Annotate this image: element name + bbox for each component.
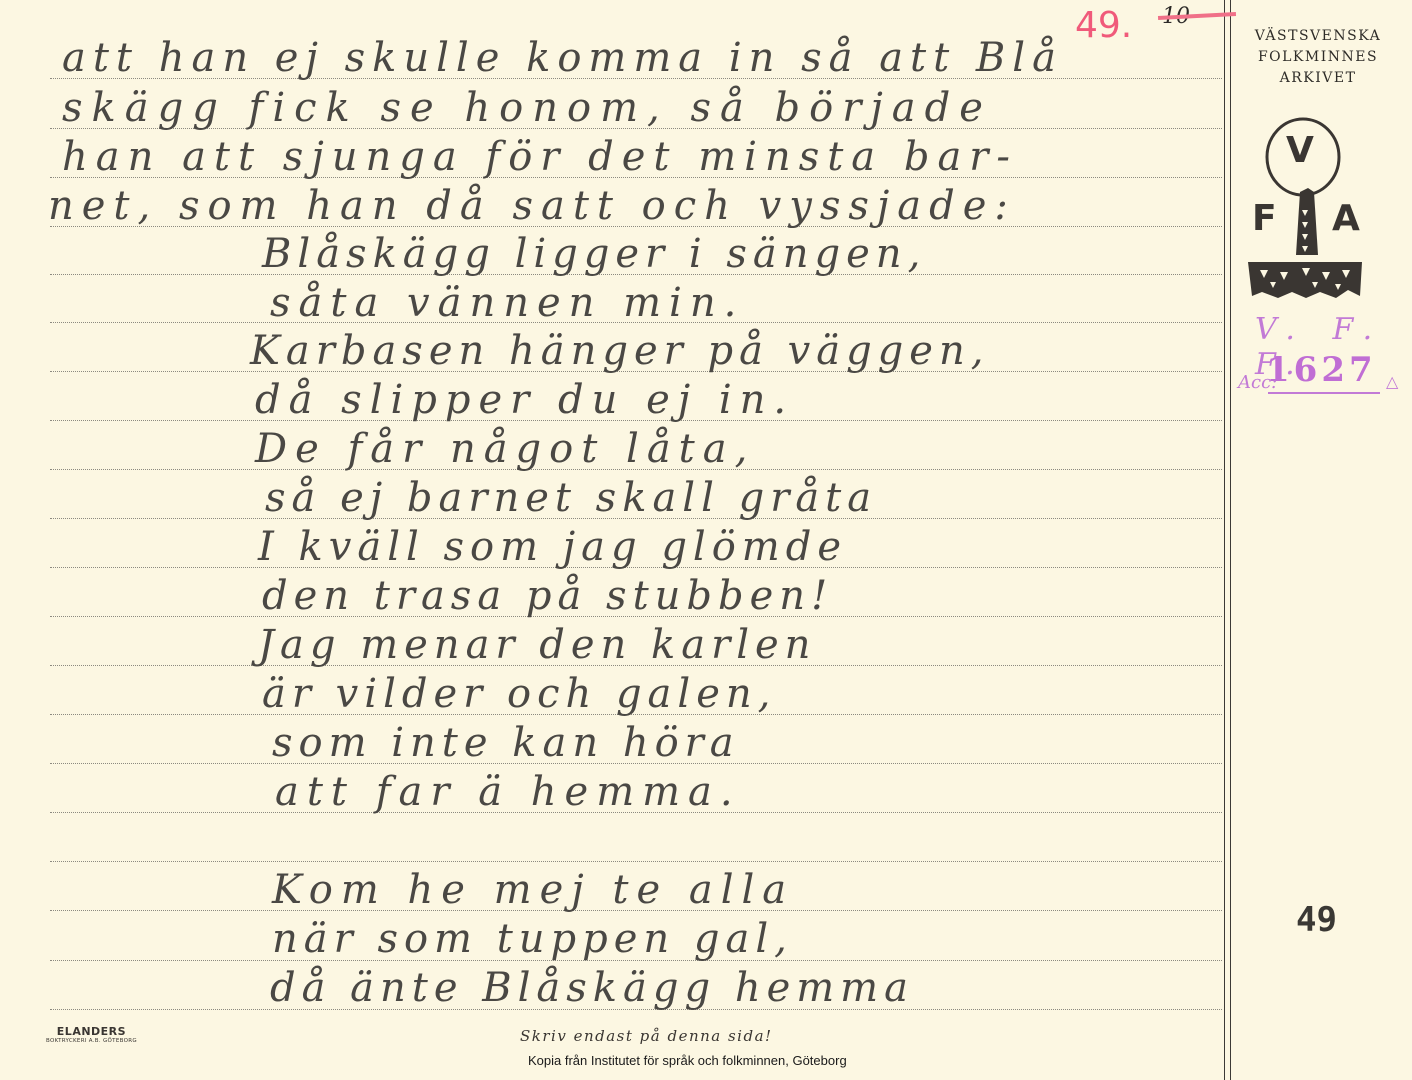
song-line: I kväll som jag glömde <box>258 527 847 567</box>
folio-number: 49 <box>1296 900 1337 940</box>
accession-label: Acc: <box>1238 372 1277 393</box>
archive-logo: V F A <box>1240 110 1410 310</box>
prose-line: skägg fick se honom, så började <box>62 88 992 128</box>
song-line: då slipper du ej in. <box>255 380 794 420</box>
archive-name: VÄSTSVENSKA FOLKMINNES ARKIVET <box>1238 26 1398 89</box>
prose-line: han att sjunga för det minsta bar- <box>62 137 1018 177</box>
song-line: Jag menar den karlen <box>258 625 816 665</box>
logo-letter-f: F <box>1252 198 1277 239</box>
printer-sub: BOKTRYCKERI A.B. GÖTEBORG <box>46 1038 137 1044</box>
ruled-line <box>50 861 1222 862</box>
song-line: Karbasen hänger på väggen, <box>250 331 989 371</box>
prose-line: att han ej skulle komma in så att Blå <box>62 38 1063 78</box>
page-number-red: 49. <box>1075 5 1132 46</box>
song-line: att far ä hemma. <box>275 772 741 812</box>
printer-name: ELANDERS <box>46 1025 137 1038</box>
song-line: Blåskägg ligger i sängen, <box>262 234 926 274</box>
printer-mark: ELANDERS BOKTRYCKERI A.B. GÖTEBORG <box>46 1025 137 1044</box>
song-line: den trasa på stubben! <box>262 576 833 616</box>
stamp-mark-icon: △ <box>1386 372 1398 391</box>
logo-letter-v: V <box>1286 130 1314 171</box>
song-line: är vilder och galen, <box>262 674 776 714</box>
manuscript-page: 49. 10 att han ej skulle komma in så att… <box>0 0 1412 1080</box>
copy-notice: Kopia från Institutet för språk och folk… <box>528 1053 847 1068</box>
accession-number: 1627 <box>1266 350 1377 390</box>
archive-name-line: ARKIVET <box>1238 68 1398 89</box>
archive-name-line: FOLKMINNES <box>1238 47 1398 68</box>
footer-instruction: Skriv endast på denna sida! <box>520 1027 773 1045</box>
song-line: De får något låta, <box>255 429 755 469</box>
song-line: som inte kan höra <box>272 723 740 763</box>
stamp-underline <box>1268 392 1380 394</box>
margin-rule <box>1230 0 1231 1080</box>
song-line: då änte Blåskägg hemma <box>270 968 914 1008</box>
prose-line: net, som han då satt och vyssjade: <box>48 186 1016 226</box>
logo-letter-a: A <box>1332 198 1360 239</box>
archive-name-line: VÄSTSVENSKA <box>1238 26 1398 47</box>
song-line: så ej barnet skall gråta <box>265 478 877 518</box>
song-line: Kom he mej te alla <box>272 870 794 910</box>
song-line: när som tuppen gal, <box>272 919 793 959</box>
song-line: såta vännen min. <box>270 283 744 323</box>
margin-rule <box>1224 0 1225 1080</box>
